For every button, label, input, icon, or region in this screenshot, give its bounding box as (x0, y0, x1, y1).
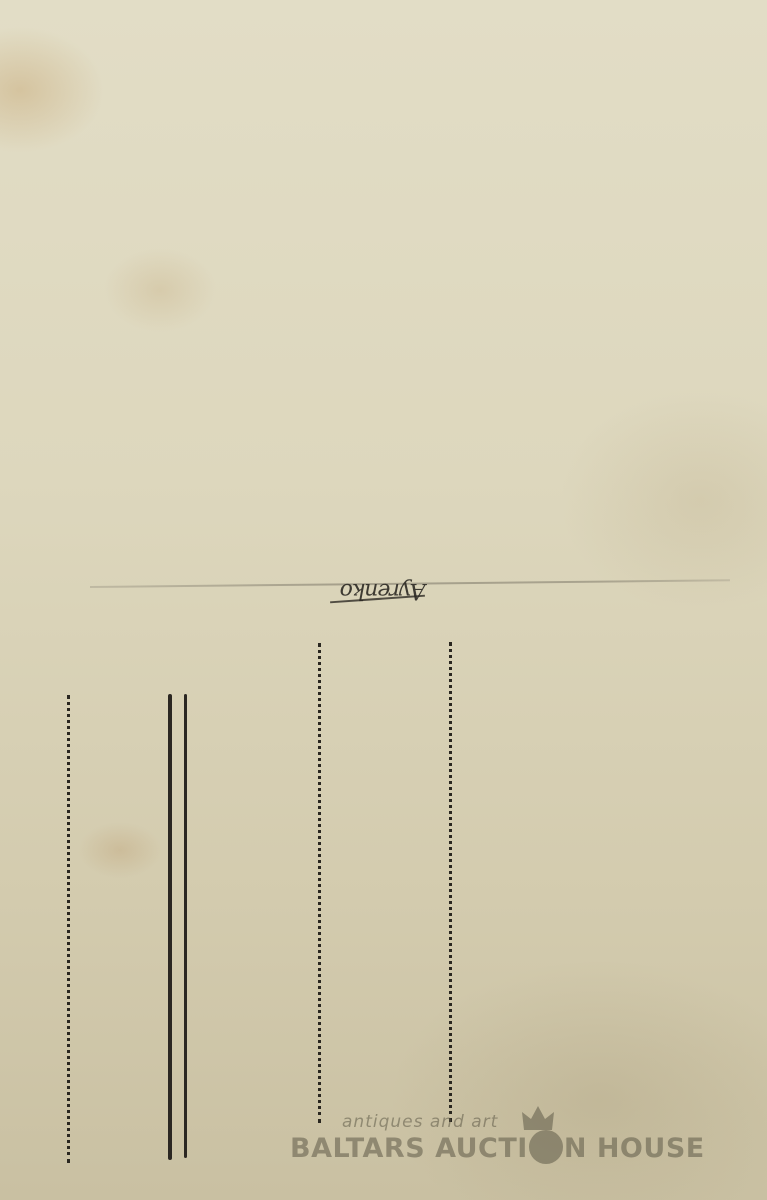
handwritten-signature: Ayrenko (318, 570, 448, 610)
solid-line-2 (184, 694, 187, 1158)
brand-start: BALTARS AUCTI (290, 1133, 528, 1164)
dotted-line-2 (318, 643, 321, 1123)
watermark-tagline: antiques and art (342, 1112, 498, 1132)
brand-end: N HOUSE (564, 1133, 705, 1164)
solid-line-1 (168, 694, 172, 1160)
dotted-line-3 (449, 642, 452, 1122)
watermark-brand: BALTARS AUCTIN HOUSE (290, 1130, 705, 1164)
crown-icon (520, 1104, 556, 1132)
auction-watermark: antiques and art BALTARS AUCTIN HOUSE (288, 1102, 688, 1172)
dotted-line-1 (67, 695, 70, 1163)
globe-o-icon (529, 1130, 563, 1164)
postcard-back: Ayrenko antiques and art BALTARS AUCTIN … (0, 0, 767, 1200)
